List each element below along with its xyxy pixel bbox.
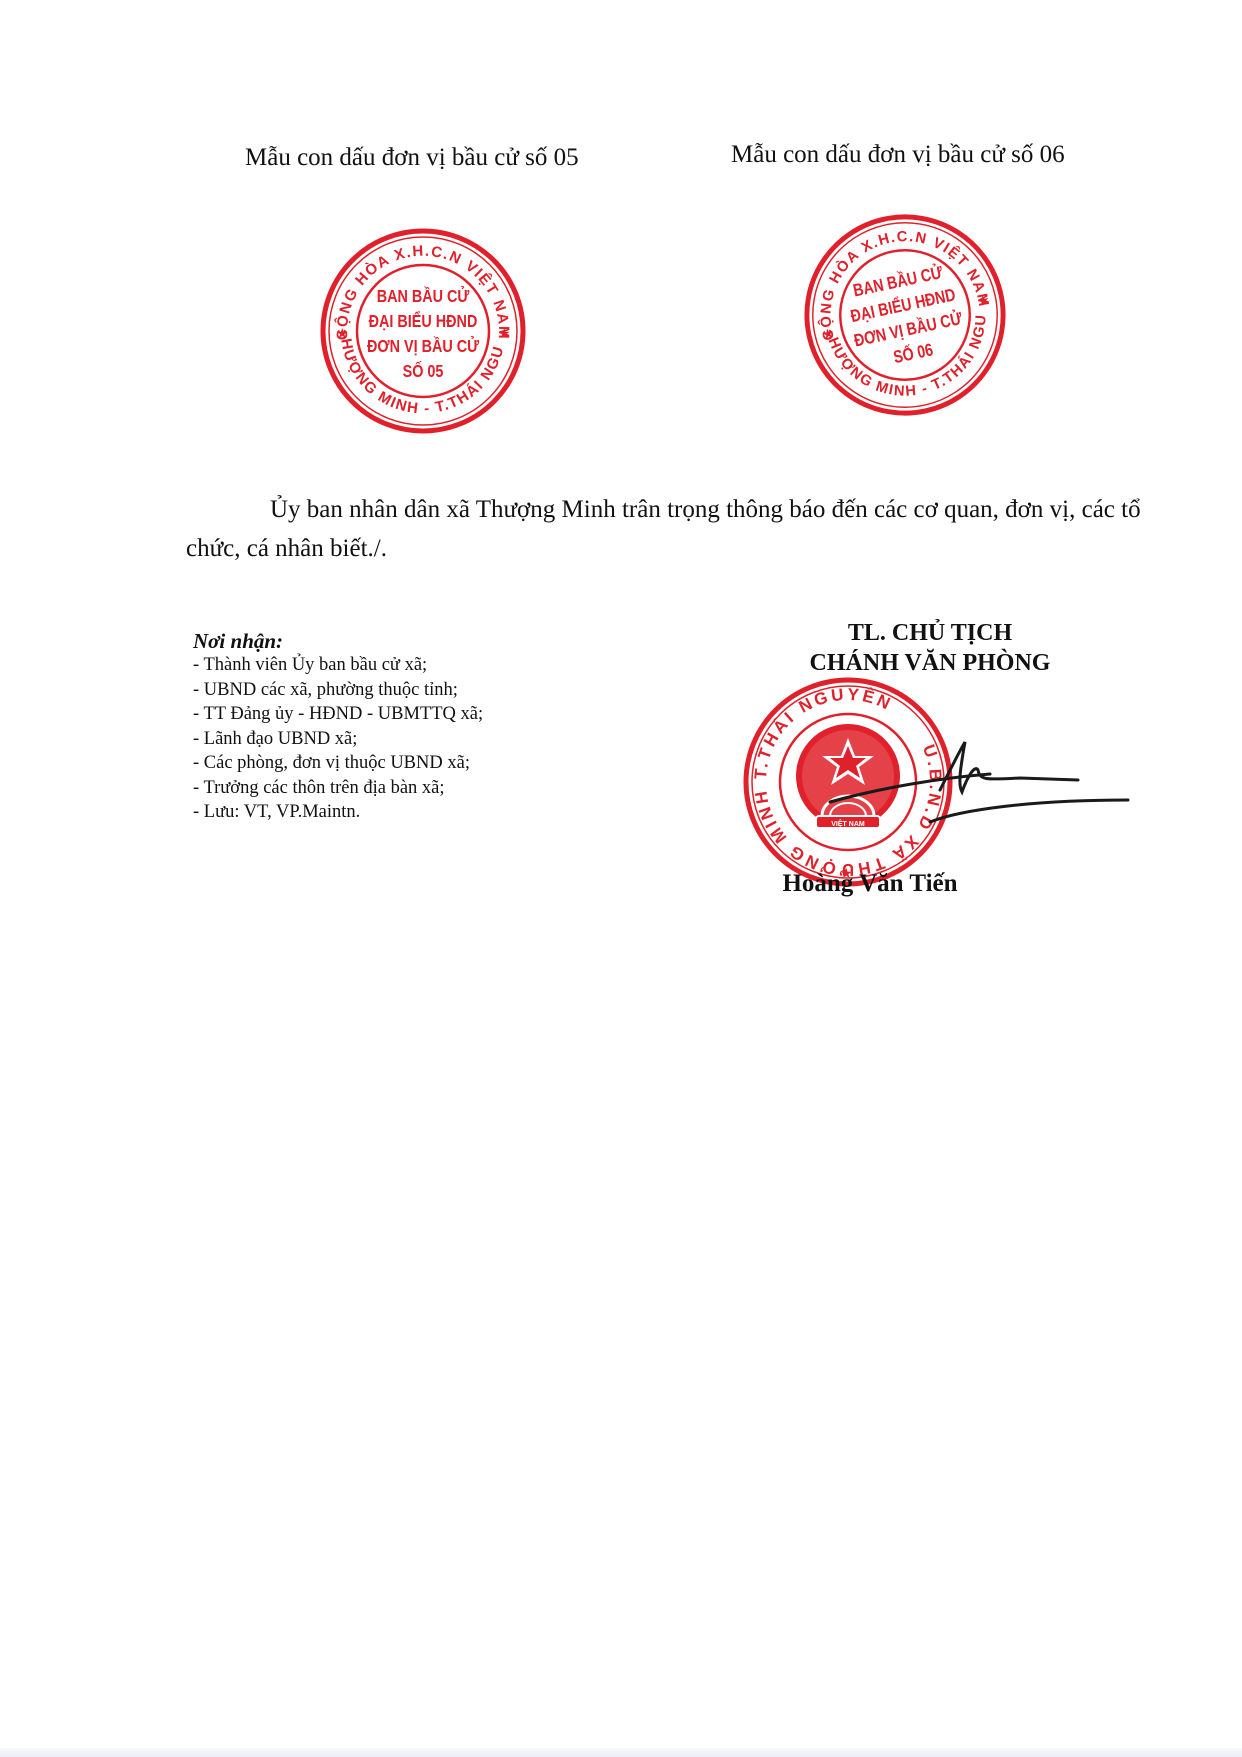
signer-name: Hoàng Văn Tiến [690,870,1050,898]
scan-edge [0,1748,1242,1757]
stamp-caption-05: Mẫu con dấu đơn vị bầu cử số 05 [245,144,579,172]
stamp-05-line-4: SỐ 05 [403,359,444,381]
notice-text: Ủy ban nhân dân xã Thượng Minh trân trọn… [186,496,1141,562]
recipient-item: - Thành viên Ủy ban bầu cử xã; [193,653,483,678]
recipient-item: - UBND các xã, phường thuộc tỉnh; [193,678,483,703]
star-icon: ★ [336,325,349,341]
stamp-05-line-2: ĐẠI BIỂU HĐND [369,310,478,331]
notice-paragraph: Ủy ban nhân dân xã Thượng Minh trân trọn… [186,490,1166,568]
election-stamp-05: CỘNG HÒA X.H.C.N VIỆT NAM X.THƯỢNG MINH … [318,226,528,436]
recipient-item: - Các phòng, đơn vị thuộc UBND xã; [193,751,483,776]
star-icon: ★ [498,325,511,341]
signature-title-line-2: CHÁNH VĂN PHÒNG [700,648,1160,678]
stamp-06-line-4: SỐ 06 [891,338,935,368]
stamp-caption-06: Mẫu con dấu đơn vị bầu cử số 06 [731,141,1065,169]
recipients-block: Nơi nhận: - Thành viên Ủy ban bầu cử xã;… [193,628,483,825]
recipient-item: - Lưu: VT, VP.Maintn. [193,800,483,825]
stamp-05-line-1: BAN BẦU CỬ [377,285,470,306]
stamp-05-line-3: ĐƠN VỊ BẦU CỬ [367,335,480,356]
recipient-item: - TT Đảng ủy - HĐND - UBMTTQ xã; [193,702,483,727]
signature-title-line-1: TL. CHỦ TỊCH [700,618,1160,648]
recipients-title: Nơi nhận: [193,628,483,654]
recipient-item: - Trưởng các thôn trên địa bàn xã; [193,776,483,801]
handwritten-signature [790,730,1130,840]
signature-block: TL. CHỦ TỊCH CHÁNH VĂN PHÒNG [700,618,1160,678]
recipient-item: - Lãnh đạo UBND xã; [193,727,483,752]
election-stamp-06: CỘNG HÒA X.H.C.N VIỆT NAM X.THƯỢNG MINH … [783,193,1027,437]
